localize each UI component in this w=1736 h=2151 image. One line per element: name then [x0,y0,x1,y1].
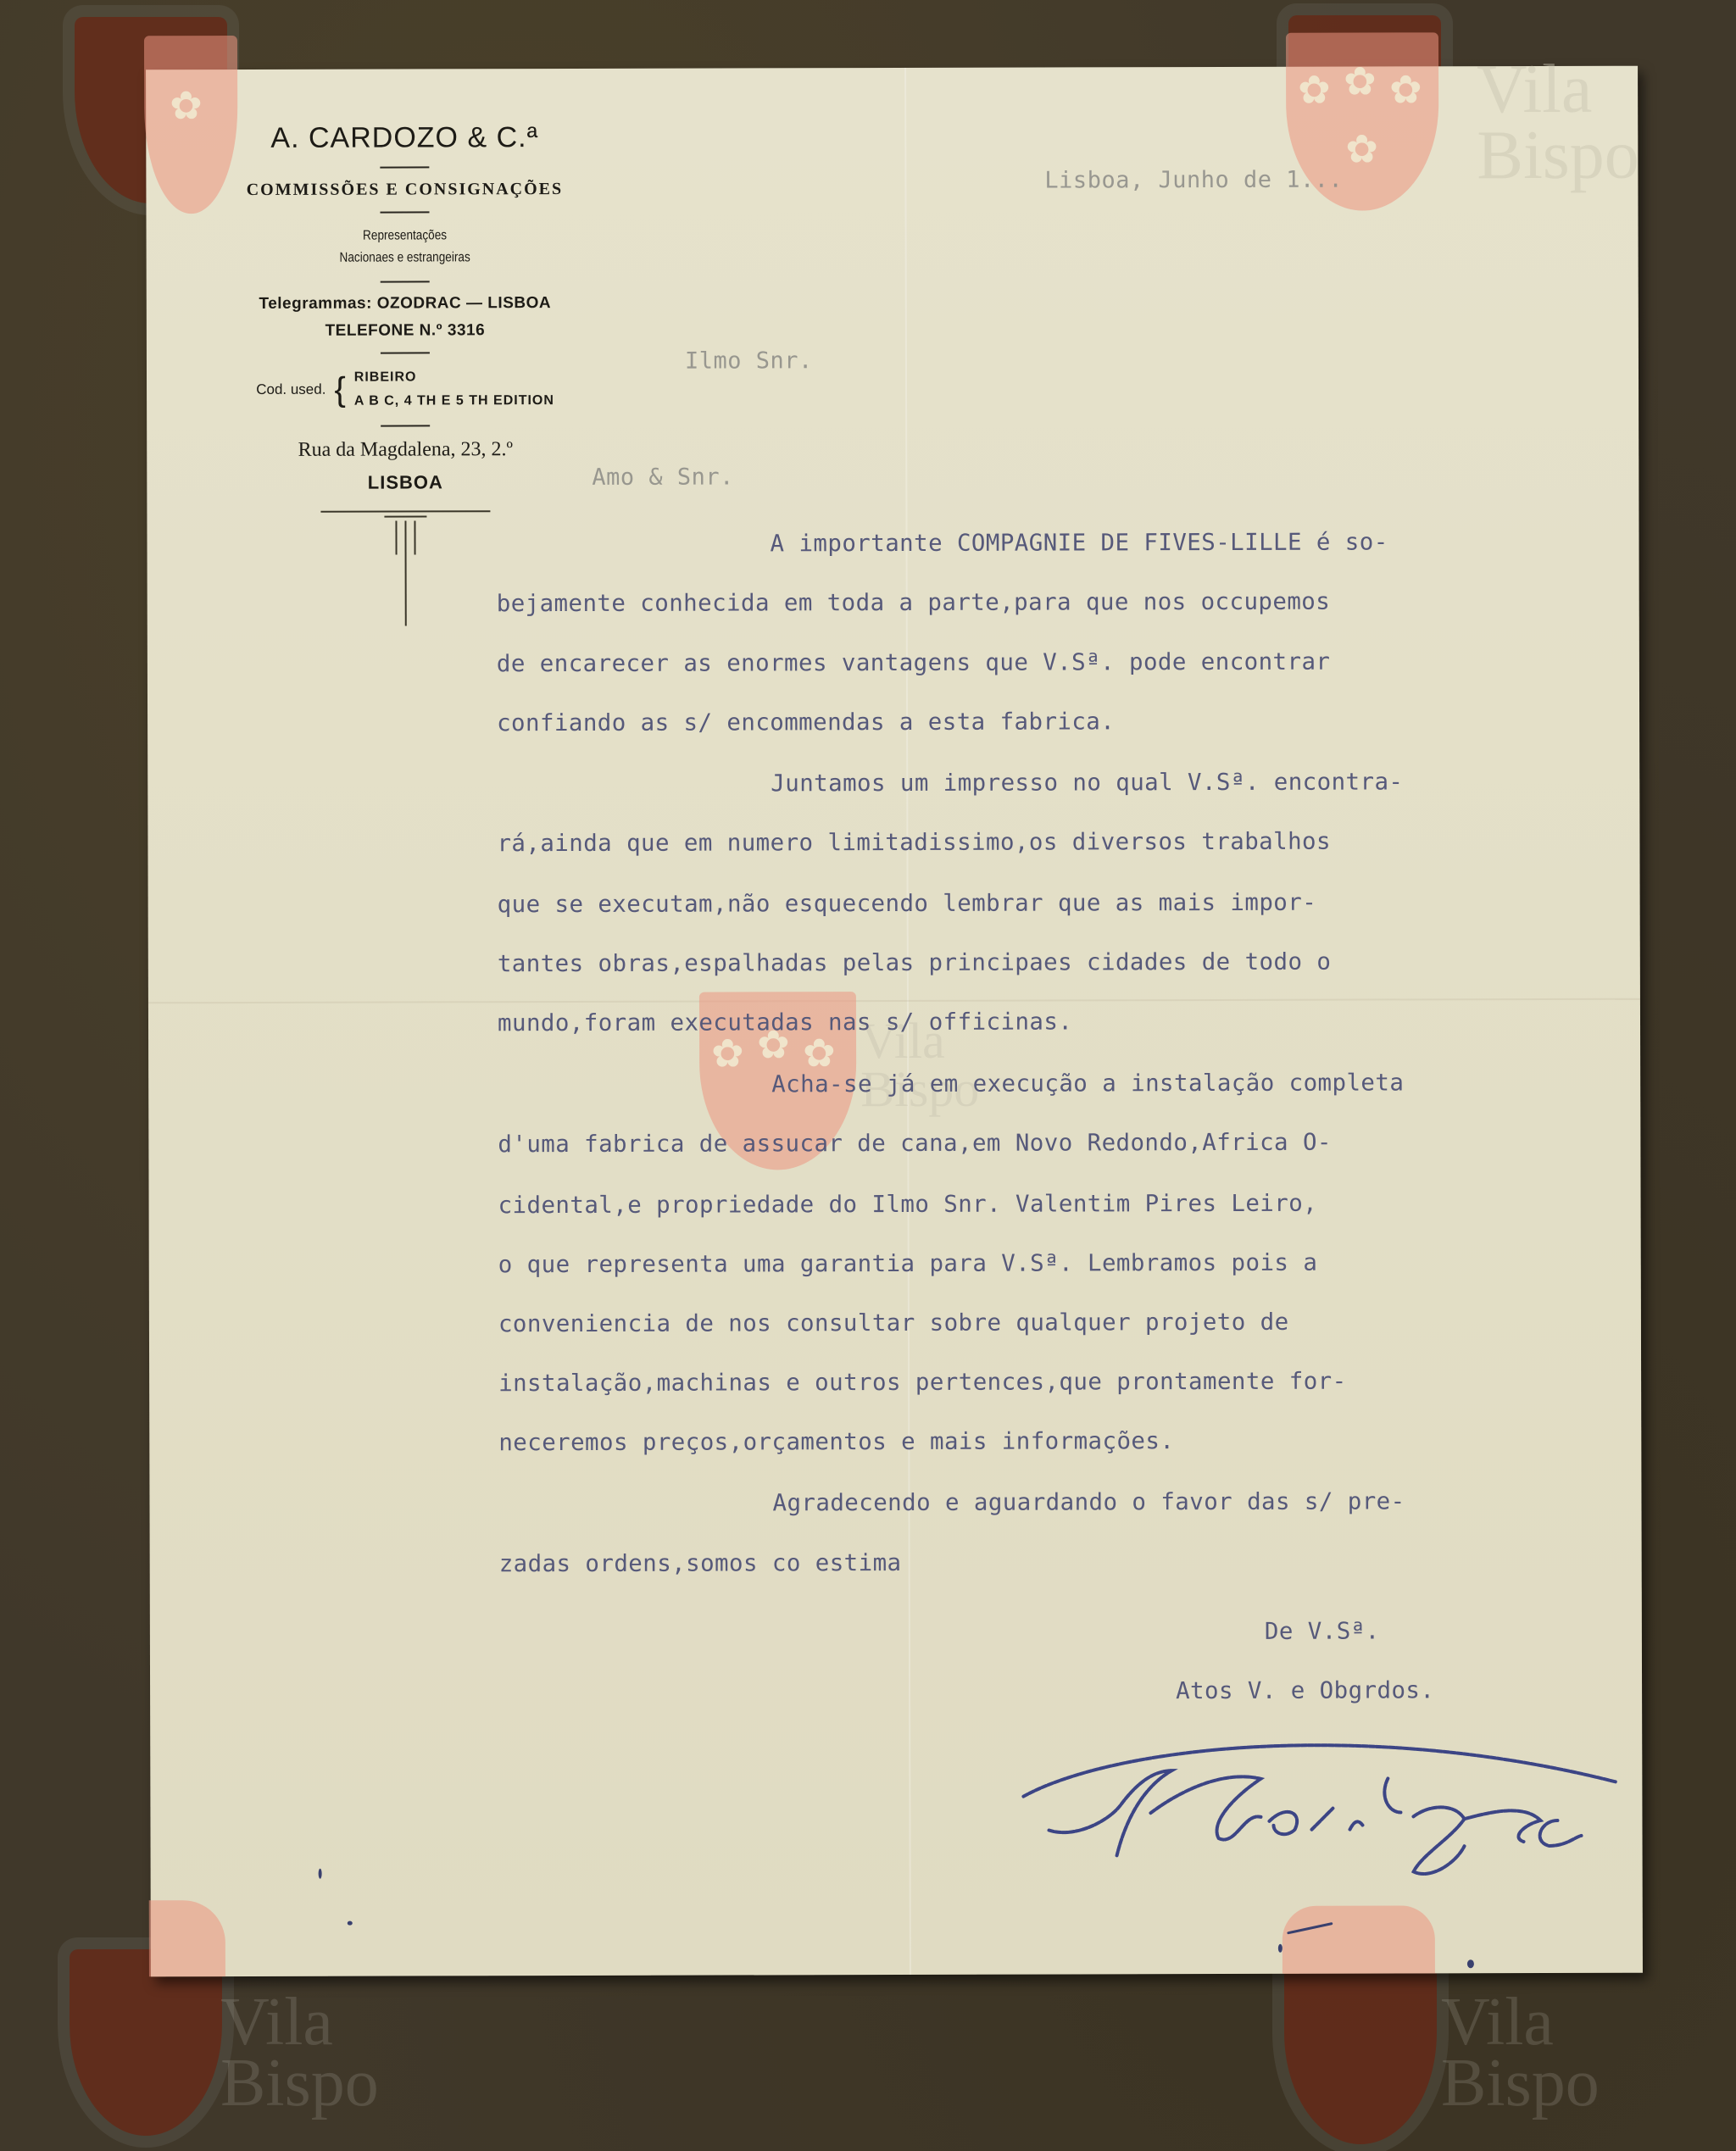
company-name: A. CARDOZO & C.ª [205,121,604,155]
telegraph-codes: Cod. used. { RIBEIRO A B C, 4 TH E 5 TH … [206,365,604,414]
body-line: tantes obras,espalhadas pelas principaes… [498,948,1332,978]
divider [381,425,430,426]
ink-speck [319,1869,322,1879]
divider-long [320,510,490,513]
watermark-text-page-top-right: VilaBispo [1477,56,1639,188]
brace-icon: { [334,373,345,407]
closing-line-2: Atos V. e Obgrdos. [1176,1676,1434,1704]
ink-speck [348,1921,353,1926]
watermark-shield-page-bottom-left [149,1900,225,1976]
code-abc: A B C, 4 TH E 5 TH EDITION [354,389,554,414]
body-line: que se executam,não esquecendo lembrar q… [498,889,1317,919]
body-line: Acha-se já em execução a instalação comp… [771,1069,1404,1098]
body-line: neceremos preços,orçamentos e mais infor… [498,1427,1174,1456]
body-line: d'uma fabrica de assucar de cana,em Novo… [498,1129,1332,1159]
divider [380,166,429,168]
body-line: instalação,machinas e outros pertences,q… [498,1368,1347,1398]
fleur-de-lis-icon: ✿ [170,82,203,128]
watermark-text-bottom-left: VilaBispo [220,1992,379,2114]
fleur-de-lis-icon: ✿ [1298,67,1331,113]
divider [381,352,430,353]
watermark-shield-bottom-left [70,1949,222,2136]
body-line: Juntamos um impresso no qual V.Sª. encon… [771,768,1403,797]
body-line: cidental,e propriedade do Ilmo Snr. Vale… [498,1190,1318,1220]
watermark-shield-page-bottom-right [1283,1905,1435,1973]
addressee: Ilmo Snr. [685,347,813,374]
body-line: de encarecer as enormes vantagens que V.… [497,648,1331,678]
fleur-de-lis-icon: ✿ [1344,58,1377,104]
fleur-de-lis-icon: ✿ [1345,126,1378,172]
fleur-de-lis-icon: ✿ [1389,66,1422,112]
divider [380,211,429,213]
body-line: bejamente conhecida em toda a parte,para… [497,588,1331,618]
telegram-address: Telegrammas: OZODRAC — LISBOA [206,294,604,314]
handwritten-signature: A. Cardozo & C.ª [1015,1719,1626,1890]
body-line: mundo,foram executadas nas s/ officinas. [498,1008,1072,1037]
services-line-2: Nacionaes e estrangeiras [236,247,575,270]
services-line-1: Representações [236,225,575,247]
watermark-text-bottom-right: VilaBispo [1441,1992,1600,2114]
body-line: zadas ordens,somos co estima [499,1549,902,1577]
letterhead: A. CARDOZO & C.ª COMMISSÕES E CONSIGNAÇÕ… [205,111,605,626]
telephone-number: TELEFONE N.º 3316 [206,321,604,341]
column-ornament-icon [380,515,431,625]
salutation: Amo & Snr. [592,464,734,490]
code-ribeiro: RIBEIRO [354,365,554,390]
watermark-shield-bottom-right [1284,1958,1437,2144]
body-line: confiando as s/ encommendas a esta fabri… [497,708,1115,736]
ink-speck [1467,1959,1474,1968]
body-line: conveniencia de nos consultar sobre qual… [498,1309,1289,1337]
divider [381,281,430,282]
dateline: Lisboa, Junho de 1... [1044,167,1343,194]
body-line: o que representa uma garantia para V.Sª.… [498,1249,1318,1279]
company-activity: COMMISSÕES E CONSIGNAÇÕES [205,180,604,200]
fold-crease-horizontal [148,998,1640,1004]
fleur-de-lis-icon: ✿ [711,1030,744,1075]
city: LISBOA [206,471,604,494]
closing-line-1: De V.Sª. [1265,1618,1380,1645]
body-line: A importante COMPAGNIE DE FIVES-LILLE é … [770,528,1388,557]
body-line: rá,ainda que em numero limitadissimo,os … [497,828,1331,858]
fleur-de-lis-icon: ✿ [803,1030,836,1075]
street-address: Rua da Magdalena, 23, 2.º [206,438,604,462]
ink-speck [1278,1944,1283,1953]
codes-label: Cod. used. [256,381,325,398]
body-line: Agradecendo e aguardando o favor das s/ … [772,1487,1405,1516]
letter-page: ✿ ✿ ✿ ✿ ✿ VilaBispo ✿ ✿ ✿ VilaBispo A. C… [146,66,1643,1977]
